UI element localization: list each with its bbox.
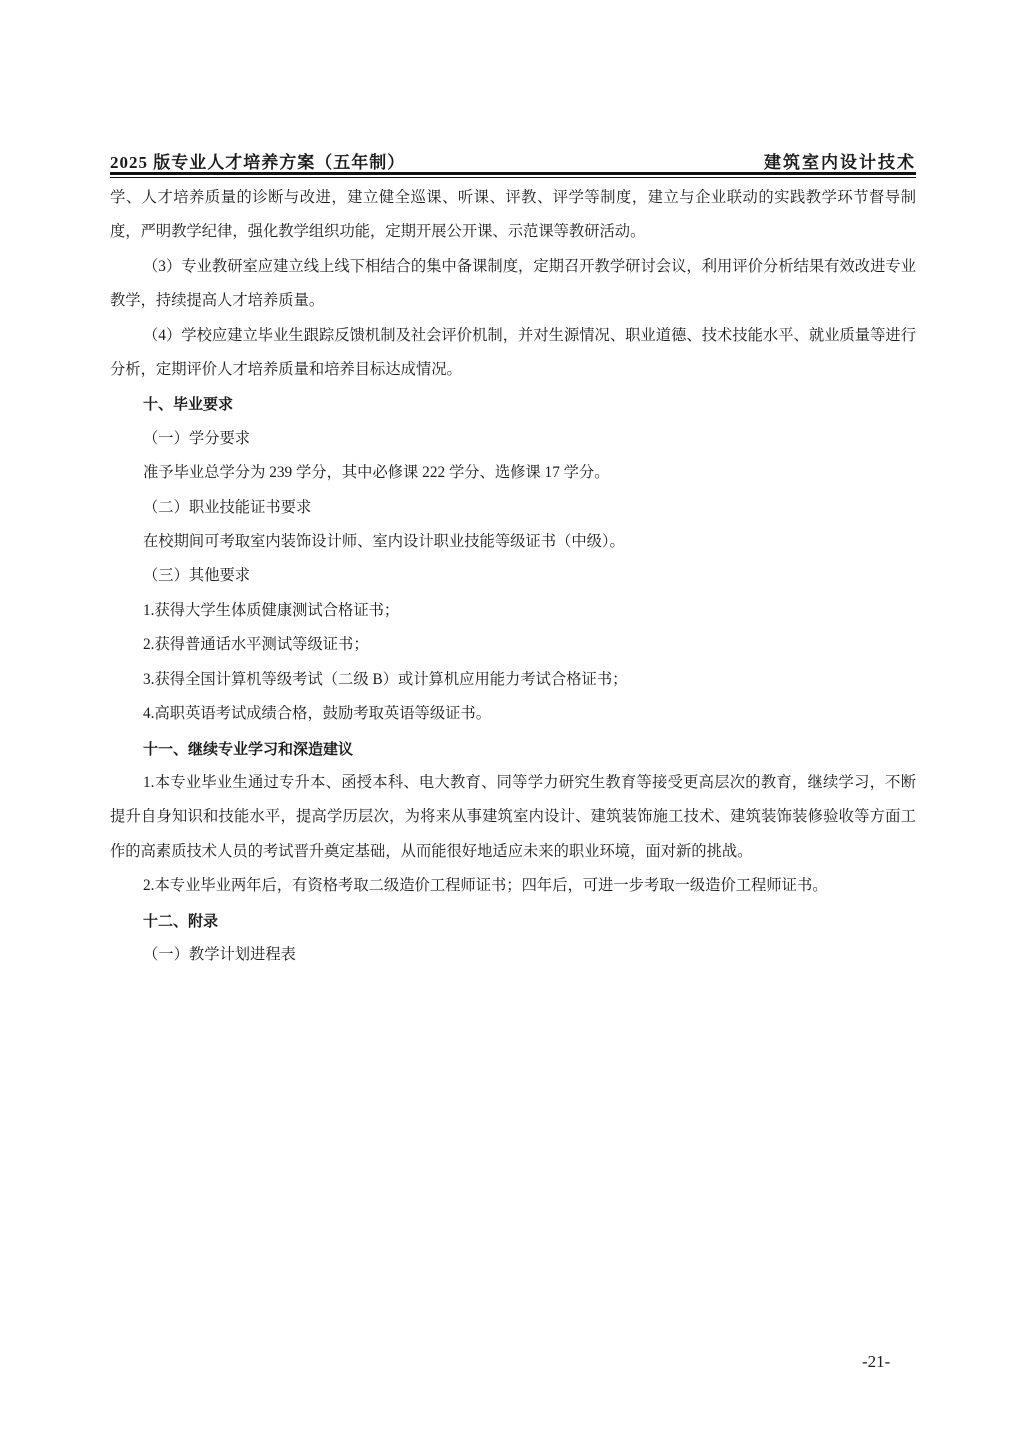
- paragraph-item-4: （4）学校应建立毕业生跟踪反馈机制及社会评价机制，并对生源情况、职业道德、技术技…: [110, 319, 916, 388]
- credits-text: 准予毕业总学分为 239 学分，其中必修课 222 学分、选修课 17 学分。: [110, 456, 916, 490]
- section-heading-further-study: 十一、继续专业学习和深造建议: [110, 732, 916, 766]
- certificates-text: 在校期间可考取室内装饰设计师、室内设计职业技能等级证书（中级）。: [110, 525, 916, 559]
- requirement-item: 3.获得全国计算机等级考试（二级 B）或计算机应用能力考试合格证书；: [110, 663, 916, 697]
- header-rule-thick: [110, 172, 916, 175]
- paragraph-item-3: （3）专业教研室应建立线上线下相结合的集中备课制度，定期召开教学研讨会议，利用评…: [110, 250, 916, 319]
- program-name: 建筑室内设计技术: [764, 148, 916, 173]
- subsection-heading-teaching-plan: （一）教学计划进程表: [110, 938, 916, 972]
- section-heading-appendix: 十二、附录: [110, 904, 916, 938]
- header-rule-thin: [110, 177, 916, 178]
- further-study-paragraph-2: 2.本专业毕业两年后，有资格考取二级造价工程师证书；四年后，可进一步考取一级造价…: [110, 869, 916, 903]
- paragraph-continued: 学、人才培养质量的诊断与改进，建立健全巡课、听课、评教、评学等制度，建立与企业联…: [110, 181, 916, 250]
- subsection-heading-other: （三）其他要求: [110, 559, 916, 593]
- page-number: -21-: [862, 1352, 890, 1372]
- requirement-item: 2.获得普通话水平测试等级证书；: [110, 628, 916, 662]
- subsection-heading-credits: （一）学分要求: [110, 422, 916, 456]
- document-title: 2025 版专业人才培养方案（五年制）: [110, 148, 405, 173]
- requirement-item: 4.高职英语考试成绩合格，鼓励考取英语等级证书。: [110, 697, 916, 731]
- requirement-item: 1.获得大学生体质健康测试合格证书；: [110, 594, 916, 628]
- subsection-heading-certificates: （二）职业技能证书要求: [110, 491, 916, 525]
- page-body: 学、人才培养质量的诊断与改进，建立健全巡课、听课、评教、评学等制度，建立与企业联…: [110, 181, 916, 972]
- section-heading-graduation-requirements: 十、毕业要求: [110, 387, 916, 421]
- further-study-paragraph-1: 1.本专业毕业生通过专升本、函授本科、电大教育、同等学力研究生教育等接受更高层次…: [110, 766, 916, 869]
- page-header: 2025 版专业人才培养方案（五年制） 建筑室内设计技术: [110, 140, 916, 174]
